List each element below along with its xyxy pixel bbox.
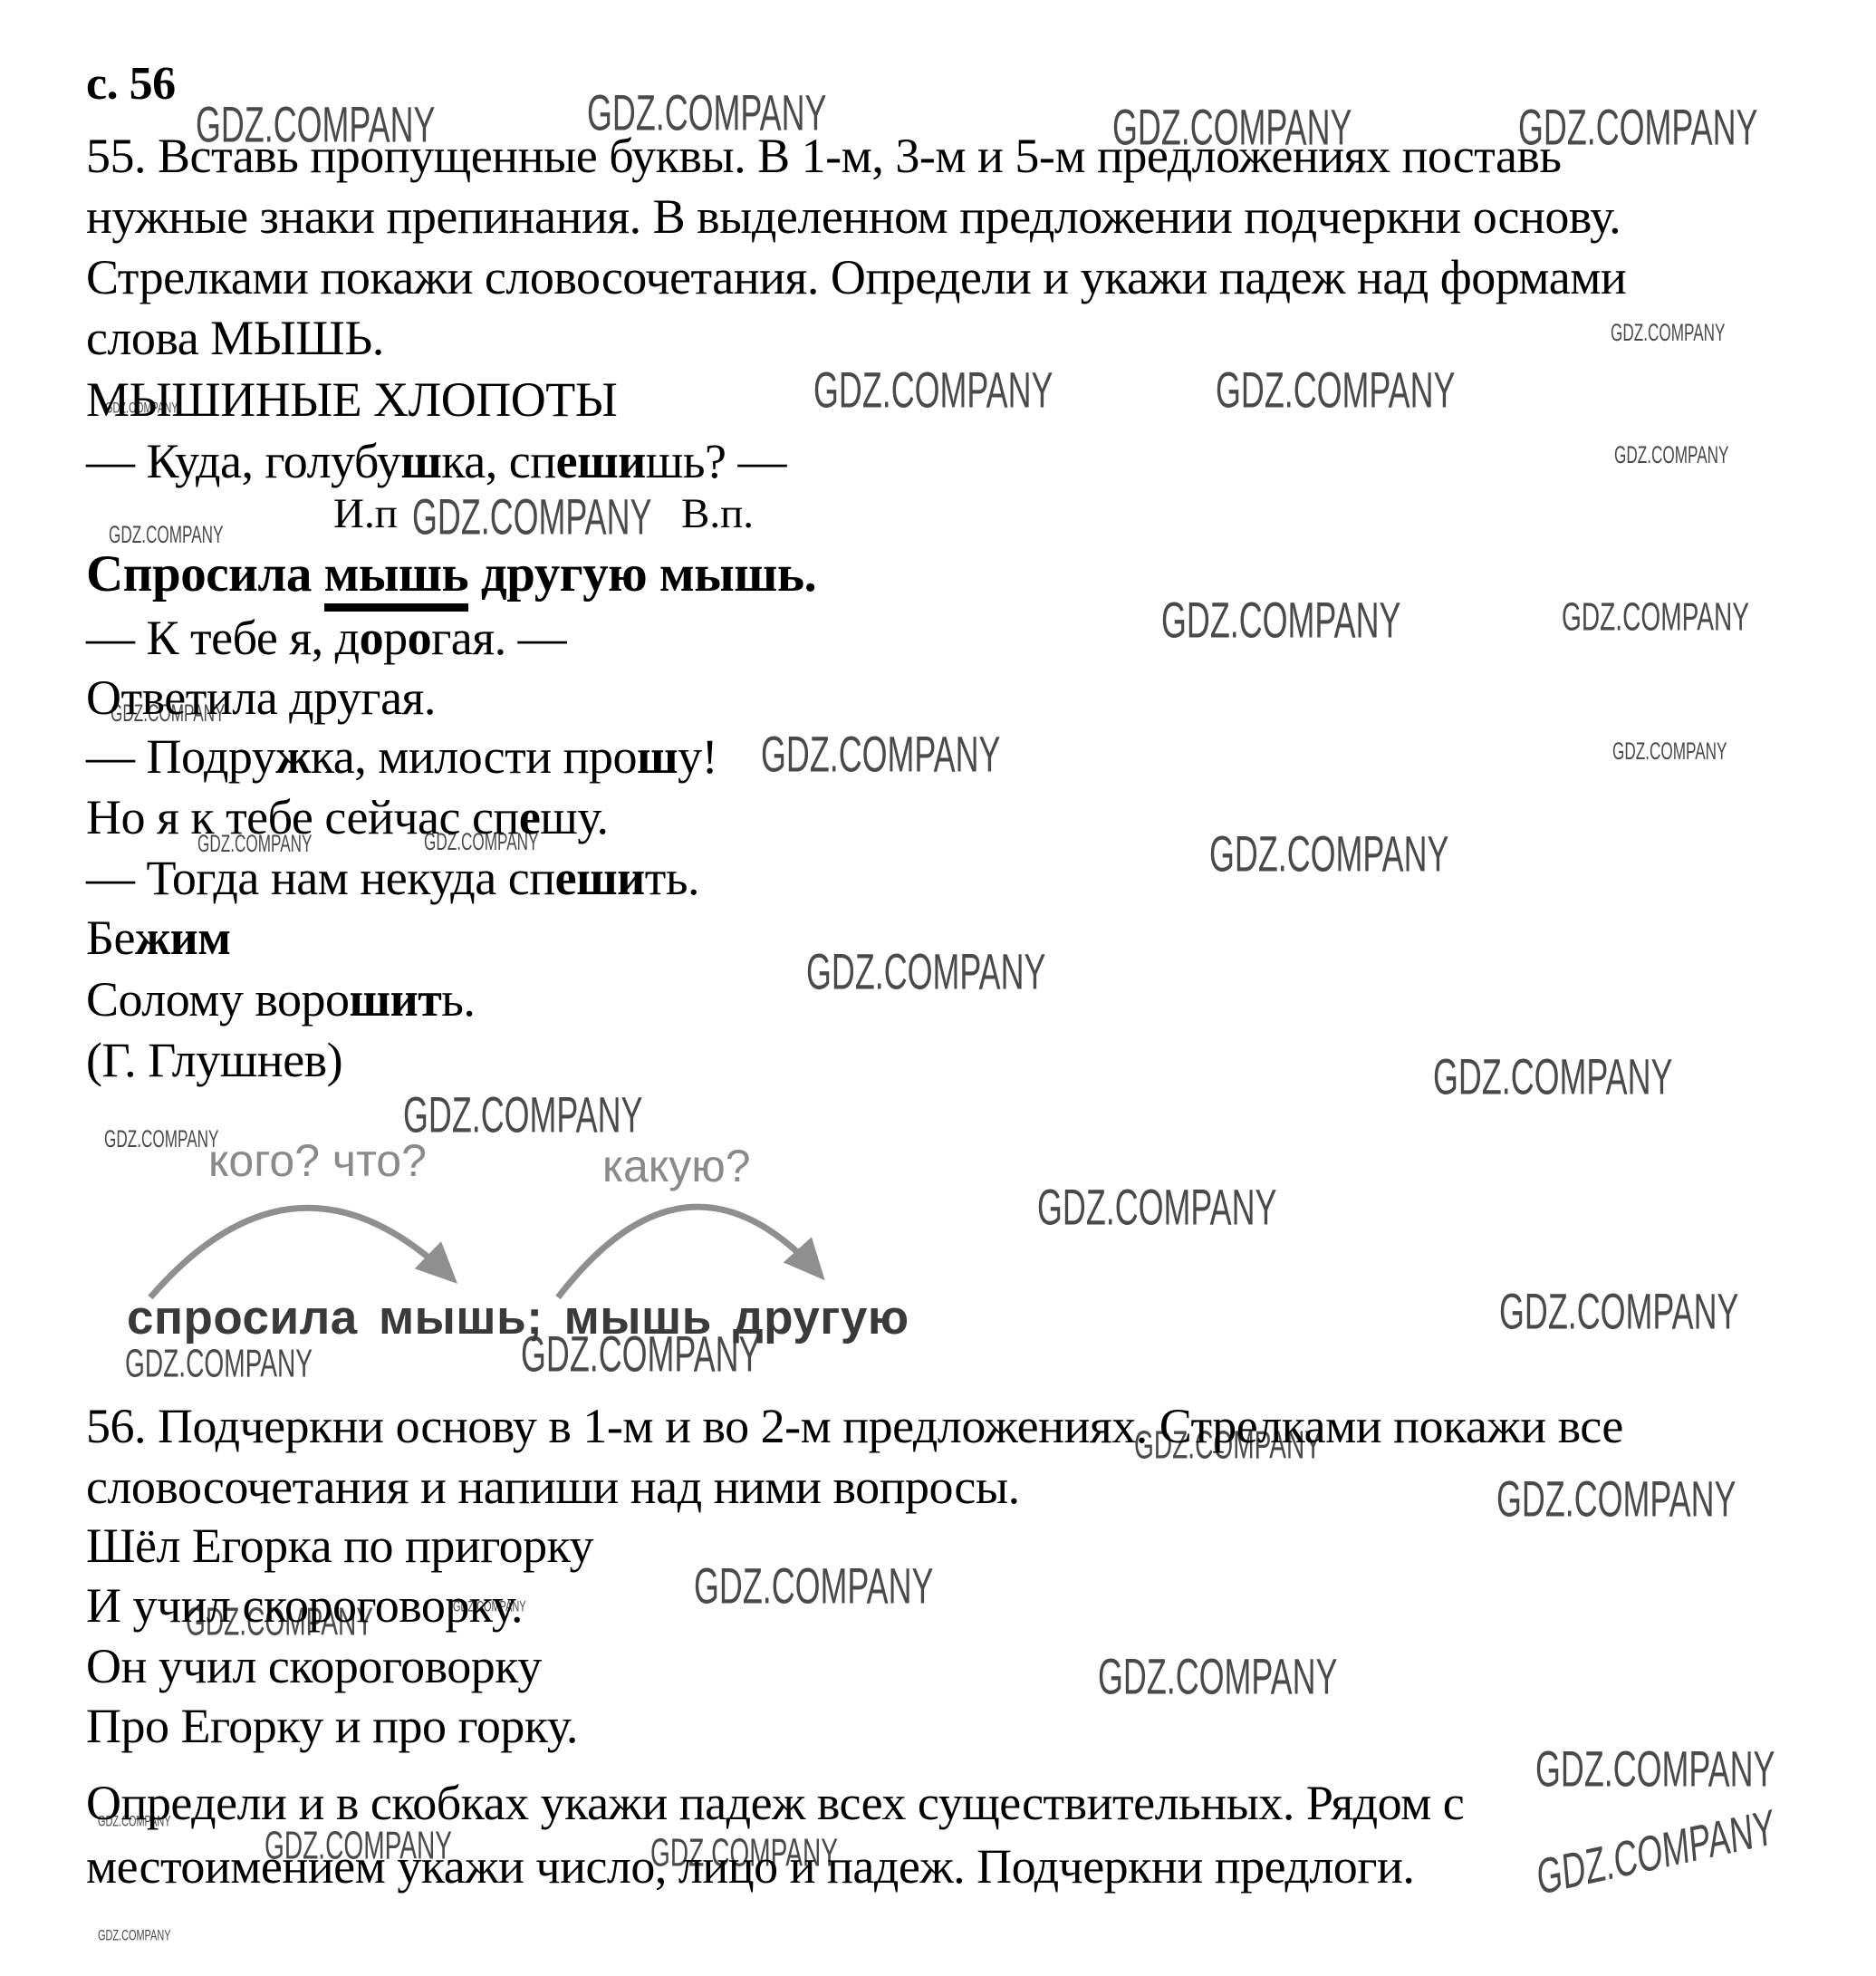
text-segment: 55. Вставь пропущенные буквы. В 1-м, 3-м… [86,129,1562,183]
text-segment: другую мышь. [468,545,816,602]
poem-line-5: — Подружка, милости прошу! [86,729,717,784]
text-segment: Бе [86,911,135,965]
text-segment: Солому воро [86,972,350,1027]
text-segment: словосочетания и напиши над ними вопросы… [86,1460,1020,1514]
watermark: GDZ.COMPANY [1534,1797,1777,1906]
watermark: GDZ.COMPANY [1433,1047,1672,1106]
text-segment: — К тебе я, д [86,611,360,665]
ex55-instruction-line-4: слова МЫШЬ. [86,311,384,365]
watermark: GDZ.COMPANY [761,725,1000,784]
watermark: GDZ.COMPANY [104,1125,218,1153]
text-segment: ка, сп [441,434,555,488]
watermark: GDZ.COMPANY [1098,1647,1337,1706]
ex56-instruction-line-1: 56. Подчеркни основу в 1-м и во 2-м пред… [86,1399,1623,1453]
case-label-nominative: И.п [333,489,398,538]
poem-line-9: Солому ворошить. [86,972,475,1027]
inserted-letter: е [519,790,540,844]
arc-arrow-2 [558,1207,821,1297]
watermark: GDZ.COMPANY [694,1557,933,1615]
text-segment: Определи и в скобках укажи падеж всех су… [86,1776,1464,1830]
text-segment: Но я к тебе сейчас сп [86,790,519,844]
ex56-poem-line-2: И учил скороговорку. [86,1578,523,1633]
watermark: GDZ.COMPANY [1499,1282,1738,1341]
ex56-poem-line-1: Шёл Егорка по пригорку [86,1518,593,1573]
text-segment: местоимением укажи число, лицо и падеж. … [86,1839,1414,1894]
text-segment: у! [678,729,717,784]
text-segment: Он учил скороговорку [86,1639,542,1693]
poem-line-2-highlighted: Спросила мышь другую мышь. [86,545,816,603]
text-segment: 56. Подчеркни основу в 1-м и во 2-м пред… [86,1399,1623,1453]
watermark: GDZ.COMPANY [1535,1740,1775,1798]
document-page: GDZ.COMPANYGDZ.COMPANYGDZ.COMPANYGDZ.COM… [0,0,1876,1976]
text-segment: — Подру [86,729,275,784]
watermark: GDZ.COMPANY [1209,824,1448,883]
watermark: GDZ.COMPANY [98,1926,170,1943]
watermark: GDZ.COMPANY [1562,594,1749,640]
poem-line-7: — Тогда нам некуда спешить. [86,851,699,905]
text-segment: Ответила другая. [86,670,436,725]
ex55-instruction-line-1: 55. Вставь пропущенные буквы. В 1-м, 3-м… [86,129,1562,183]
arc-arrow-1 [150,1208,453,1297]
poem-line-3: — К тебе я, дорогая. — [86,611,566,665]
text-segment: Про Егорку и про горку. [86,1699,578,1753]
page-number-text: с. 56 [86,58,176,110]
poem-line-6: Но я к тебе сейчас спешу. [86,790,608,844]
inserted-letter: о [360,611,384,665]
ex56-poem-line-4: Про Егорку и про горку. [86,1699,578,1753]
poem-title: МЫШИНЫЕ ХЛОПОТЫ [86,372,617,427]
text-segment: — Тогда нам некуда сп [86,851,555,905]
watermark: GDZ.COMPANY [1216,361,1455,419]
diagram-phrase: спросила мышь; мышь другую [127,1290,909,1345]
text-segment: Шёл Егорка по пригорку [86,1518,593,1573]
text-segment: нужные знаки препинания. В выделенном пр… [86,189,1621,244]
text-segment: шу. [540,790,608,844]
text-segment: В.п. [681,490,754,537]
watermark: GDZ.COMPANY [806,942,1045,1001]
watermark: GDZ.COMPANY [1612,737,1727,766]
watermark: GDZ.COMPANY [403,1085,642,1144]
text-segment: — Куда, голубу [86,434,400,488]
ex56-poem-line-3: Он учил скороговорку [86,1639,542,1693]
inserted-letter: ш [400,434,441,488]
watermark: GDZ.COMPANY [1611,319,1725,347]
text-segment: И.п [333,490,398,537]
ex56-instruction2-line-2: местоимением укажи число, лицо и падеж. … [86,1839,1414,1894]
text-segment: гая. — [431,611,566,665]
watermark: GDZ.COMPANY [1614,441,1728,469]
ex55-instruction-line-2: нужные знаки препинания. В выделенном пр… [86,189,1621,244]
text-segment: МЫШИНЫЕ ХЛОПОТЫ [86,372,617,427]
text-segment: И учил скороговорку. [86,1578,523,1633]
watermark: GDZ.COMPANY [1496,1470,1736,1528]
poem-line-8: Бежим [86,911,231,965]
watermark: GDZ.COMPANY [1161,591,1400,650]
watermark: GDZ.COMPANY [412,487,651,546]
ex55-instruction-line-3: Стрелками покажи словосочетания. Определ… [86,250,1626,304]
text-segment: шь? — [646,434,786,488]
text-segment: ка, милости про [311,729,637,784]
case-label-accusative: В.п. [681,489,754,538]
text-segment: р [383,611,408,665]
text-segment: ь. [441,972,475,1027]
text-segment: спросила мышь; мышь другую [127,1291,909,1345]
ex56-instruction-line-2: словосочетания и напиши над ними вопросы… [86,1460,1020,1514]
text-segment: Стрелками покажи словосочетания. Определ… [86,250,1626,304]
watermark: GDZ.COMPANY [813,361,1053,419]
watermark: GDZ.COMPANY [1037,1178,1276,1237]
page-number-heading: с. 56 [86,58,176,111]
poem-line-1: — Куда, голубушка, спешишь? — [86,434,786,488]
inserted-letter: шит [350,972,442,1027]
text-segment: слова МЫШЬ. [86,311,384,365]
inserted-letter: ж [275,729,311,784]
inserted-letter: о [408,611,432,665]
poem-author: (Г. Глушнев) [86,1033,342,1087]
ex56-instruction2-line-1: Определи и в скобках укажи падеж всех су… [86,1776,1464,1830]
inserted-letter: жим [135,911,231,965]
inserted-letter: еши [555,851,645,905]
text-segment: Спросила [86,545,324,602]
watermark: GDZ.COMPANY [125,1341,313,1386]
inserted-letter: ш [637,729,678,784]
underlined-subject: мышь [324,545,469,612]
text-segment: (Г. Глушнев) [86,1033,342,1087]
inserted-letter: еши [556,434,646,488]
poem-line-4: Ответила другая. [86,670,436,725]
text-segment: ть. [645,851,699,905]
